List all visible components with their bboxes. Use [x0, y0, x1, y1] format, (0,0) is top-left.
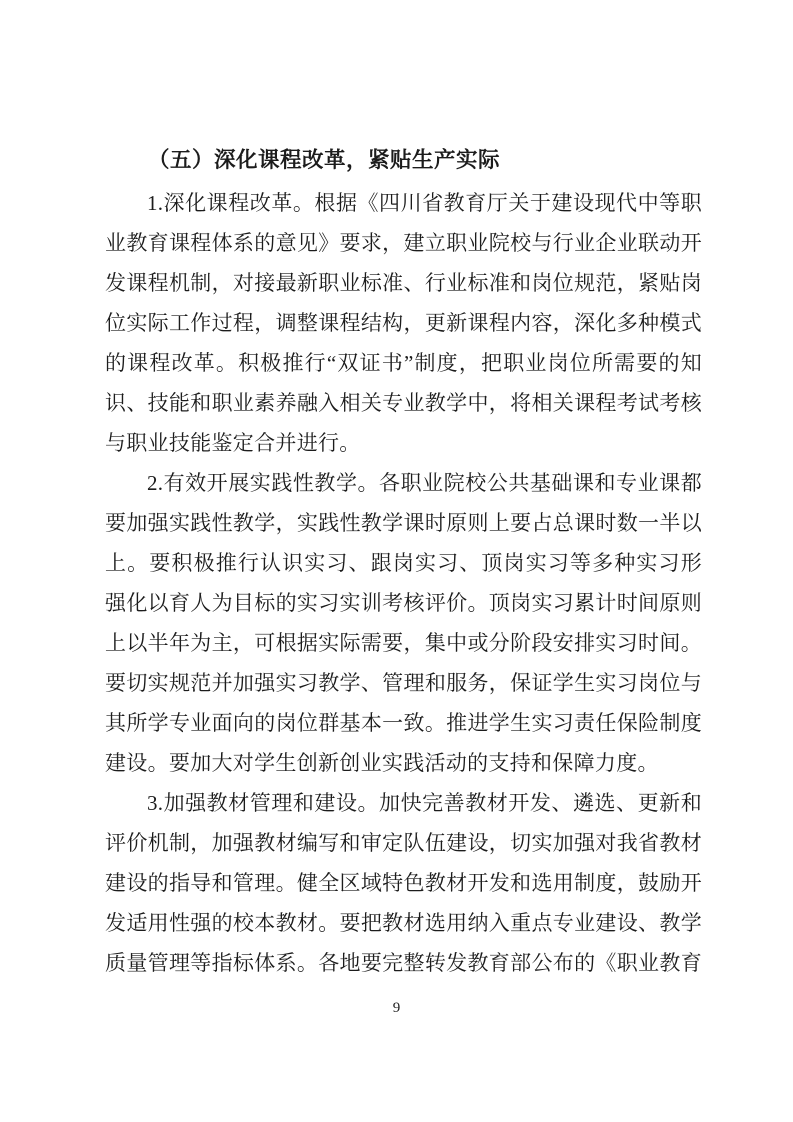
text-line: 建设的指导和管理。健全区域特色教材开发和选用制度，鼓励开	[105, 863, 702, 903]
text-line: 上。要积极推行认识实习、跟岗实习、顶岗实习等多种实习形式，	[105, 543, 702, 583]
text-line: 发课程机制，对接最新职业标准、行业标准和岗位规范，紧贴岗	[105, 263, 702, 303]
text-line: 建设。要加大对学生创新创业实践活动的支持和保障力度。	[105, 743, 702, 783]
paragraph: 3.加强教材管理和建设。加快完善教材开发、遴选、更新和 评价机制，加强教材编写和…	[105, 783, 702, 983]
text-line: 质量管理等指标体系。各地要完整转发教育部公布的《职业教育	[105, 943, 702, 983]
document-page: （五）深化课程改革，紧贴生产实际 1.深化课程改革。根据《四川省教育厅关于建设现…	[0, 0, 793, 1122]
text-line: 上以半年为主，可根据实际需要，集中或分阶段安排实习时间。	[105, 623, 702, 663]
text-line: 发适用性强的校本教材。要把教材选用纳入重点专业建设、教学	[105, 903, 702, 943]
text-line: 要加强实践性教学，实践性教学课时原则上要占总课时数一半以	[105, 503, 702, 543]
text-line: 识、技能和职业素养融入相关专业教学中，将相关课程考试考核	[105, 383, 702, 423]
text-line: 业教育课程体系的意见》要求，建立职业院校与行业企业联动开	[105, 223, 702, 263]
paragraph: 2.有效开展实践性教学。各职业院校公共基础课和专业课都 要加强实践性教学，实践性…	[105, 463, 702, 783]
paragraph: 1.深化课程改革。根据《四川省教育厅关于建设现代中等职 业教育课程体系的意见》要…	[105, 183, 702, 463]
text-block: （五）深化课程改革，紧贴生产实际 1.深化课程改革。根据《四川省教育厅关于建设现…	[105, 140, 702, 983]
text-line: 1.深化课程改革。根据《四川省教育厅关于建设现代中等职	[105, 183, 702, 223]
text-line: 强化以育人为目标的实习实训考核评价。顶岗实习累计时间原则	[105, 583, 702, 623]
text-line: 与职业技能鉴定合并进行。	[105, 423, 702, 463]
text-line: 的课程改革。积极推行“双证书”制度，把职业岗位所需要的知	[105, 343, 702, 383]
text-line: 3.加强教材管理和建设。加快完善教材开发、遴选、更新和	[105, 783, 702, 823]
text-line: 2.有效开展实践性教学。各职业院校公共基础课和专业课都	[105, 463, 702, 503]
section-heading: （五）深化课程改革，紧贴生产实际	[105, 140, 702, 180]
text-line: 要切实规范并加强实习教学、管理和服务，保证学生实习岗位与	[105, 663, 702, 703]
text-line: 位实际工作过程，调整课程结构，更新课程内容，深化多种模式	[105, 303, 702, 343]
page-number: 9	[0, 994, 793, 1022]
text-line: 其所学专业面向的岗位群基本一致。推进学生实习责任保险制度	[105, 703, 702, 743]
text-line: 评价机制，加强教材编写和审定队伍建设，切实加强对我省教材	[105, 823, 702, 863]
